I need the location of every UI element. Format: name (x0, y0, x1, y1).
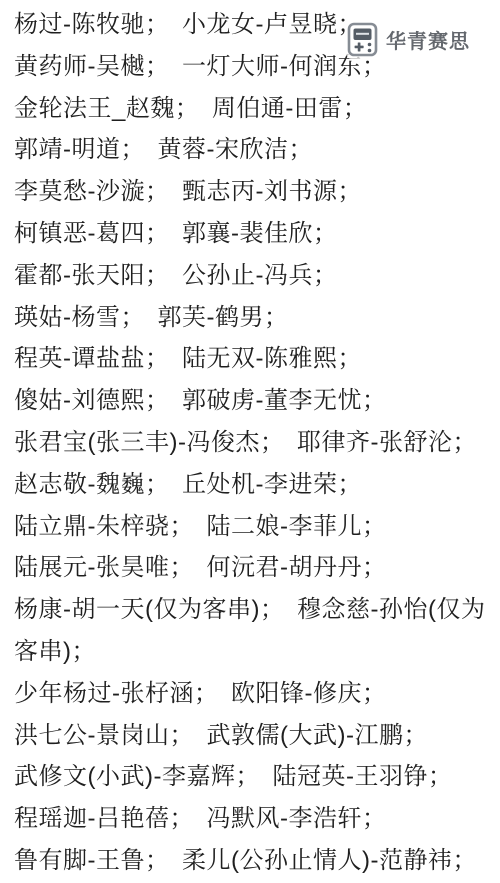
cast-line: 赵志敬-魏巍； 丘处机-李进荣； (14, 464, 490, 506)
cast-line: 李莫愁-沙漩； 甄志丙-刘书源； (14, 171, 490, 213)
cast-line: 武修文(小武)-李嘉辉； 陆冠英-王羽铮； (14, 756, 490, 798)
cast-line: 程英-谭盐盐； 陆无双-陈雅熙； (14, 338, 490, 380)
cast-line: 傻姑-刘德熙； 郭破虏-董李无忧； (14, 380, 490, 422)
cast-line: 少年杨过-张杍涵； 欧阳锋-修庆； (14, 673, 490, 715)
cast-line: 霍都-张天阳； 公孙止-冯兵； (14, 255, 490, 297)
handheld-console-icon (346, 22, 379, 57)
cast-line: 洪七公-景岗山； 武敦儒(大武)-江鹏； (14, 715, 490, 757)
cast-line: 郭靖-明道； 黄蓉-宋欣洁； (14, 129, 490, 171)
watermark-text: 华青赛思 (386, 25, 470, 54)
cast-line: 陆立鼎-朱梓骁； 陆二娘-李菲儿； (14, 506, 490, 548)
cast-line: 陆展元-张昊唯； 何沅君-胡丹丹； (14, 547, 490, 589)
cast-line: 鲁有脚-王鲁； 柔儿(公孙止情人)-范静祎； (14, 840, 490, 882)
cast-line: 柯镇恶-葛四； 郭襄-裴佳欣； (14, 213, 490, 255)
cast-line: 瑛姑-杨雪； 郭芙-鹤男； (14, 297, 490, 339)
cast-line: 张君宝(张三丰)-冯俊杰； 耶律齐-张舒沦； (14, 422, 490, 464)
cast-line: 杨康-胡一天(仅为客串)； 穆念慈-孙怡(仅为客串)； (14, 589, 490, 673)
cast-list: 杨过-陈牧驰； 小龙女-卢昱晓；黄药师-吴樾； 一灯大师-何润东；金轮法王_赵魏… (14, 4, 490, 882)
watermark: 华青赛思 (346, 20, 472, 59)
cast-line: 程瑶迦-吕艳蓓； 冯默风-李浩轩； (14, 798, 490, 840)
cast-line: 金轮法王_赵魏； 周伯通-田雷； (14, 88, 490, 130)
